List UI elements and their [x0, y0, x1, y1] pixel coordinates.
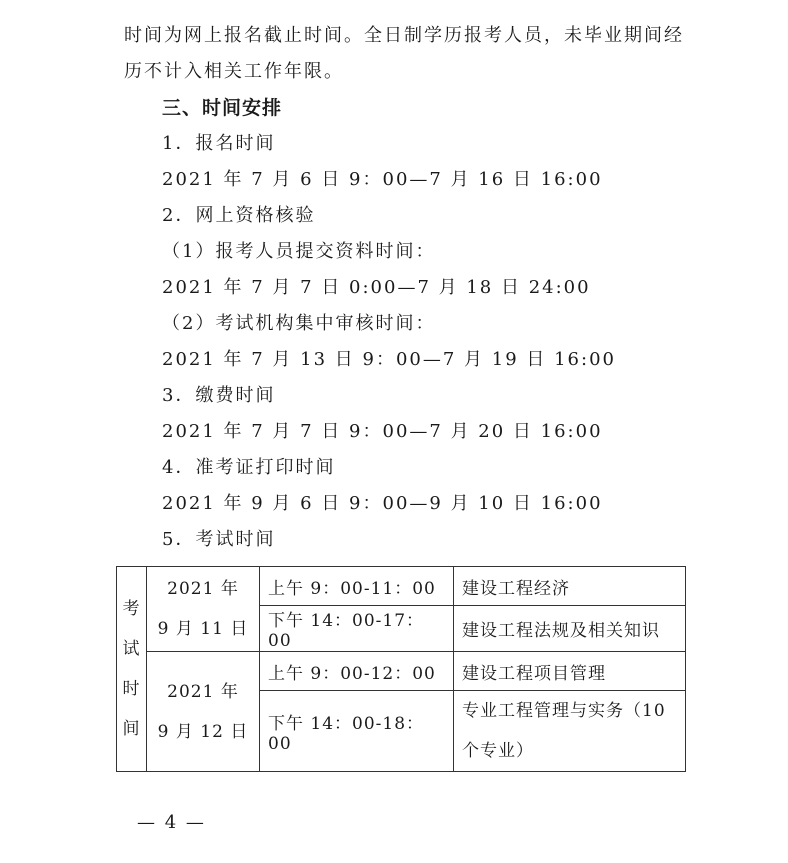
table-row: 考 试 时 间 2021 年 9 月 11 日 上午 9：00-11：00 建设…: [117, 567, 686, 606]
row-header-char: 考: [117, 589, 146, 629]
item-1-label: 1．报名时间: [162, 132, 275, 156]
item-2-label: 2．网上资格核验: [162, 204, 315, 228]
row-header-cell: 考 试 时 间: [117, 567, 147, 772]
date-line: 9 月 12 日: [155, 712, 251, 752]
time-cell: 上午 9：00-11：00: [260, 567, 454, 606]
item-2-1-label: （1）报考人员提交资料时间：: [162, 240, 435, 264]
item-2-1-value: 2021 年 7 月 7 日 0:00—7 月 18 日 24:00: [162, 276, 591, 300]
subject-line: 个专业）: [462, 731, 677, 771]
page-number: — 4 —: [137, 812, 206, 833]
exam-schedule-table: 考 试 时 间 2021 年 9 月 11 日 上午 9：00-11：00 建设…: [116, 566, 686, 772]
item-4-label: 4．准考证打印时间: [162, 456, 335, 480]
subject-cell: 建设工程法规及相关知识: [454, 606, 686, 652]
subject-line: 专业工程管理与实务（10: [462, 691, 677, 731]
subject-cell: 专业工程管理与实务（10 个专业）: [454, 691, 686, 772]
item-1-value: 2021 年 7 月 6 日 9：00—7 月 16 日 16:00: [162, 168, 603, 192]
subject-cell: 建设工程项目管理: [454, 652, 686, 691]
date-line: 2021 年: [155, 569, 251, 609]
date-line: 9 月 11 日: [155, 609, 251, 649]
item-3-value: 2021 年 7 月 7 日 9：00—7 月 20 日 16:00: [162, 420, 603, 444]
subject-cell: 建设工程经济: [454, 567, 686, 606]
item-4-value: 2021 年 9 月 6 日 9：00—9 月 10 日 16:00: [162, 492, 603, 516]
time-cell: 下午 14：00-17：00: [260, 606, 454, 652]
item-2-2-label: （2）考试机构集中审核时间：: [162, 312, 435, 336]
time-cell: 上午 9：00-12：00: [260, 652, 454, 691]
section-heading: 三、时间安排: [162, 96, 282, 120]
date-cell: 2021 年 9 月 11 日: [147, 567, 260, 652]
table-row: 2021 年 9 月 12 日 上午 9：00-12：00 建设工程项目管理: [117, 652, 686, 691]
row-header-char: 试: [117, 629, 146, 669]
paragraph-line-2: 历不计入相关工作年限。: [124, 60, 344, 84]
time-cell: 下午 14：00-18：00: [260, 691, 454, 772]
paragraph-line-1: 时间为网上报名截止时间。全日制学历报考人员，未毕业期间经: [124, 24, 684, 48]
item-3-label: 3．缴费时间: [162, 384, 275, 408]
item-5-label: 5．考试时间: [162, 528, 275, 552]
item-2-2-value: 2021 年 7 月 13 日 9：00—7 月 19 日 16:00: [162, 348, 616, 372]
row-header-char: 间: [117, 709, 146, 749]
date-cell: 2021 年 9 月 12 日: [147, 652, 260, 772]
row-header-char: 时: [117, 669, 146, 709]
date-line: 2021 年: [155, 672, 251, 712]
